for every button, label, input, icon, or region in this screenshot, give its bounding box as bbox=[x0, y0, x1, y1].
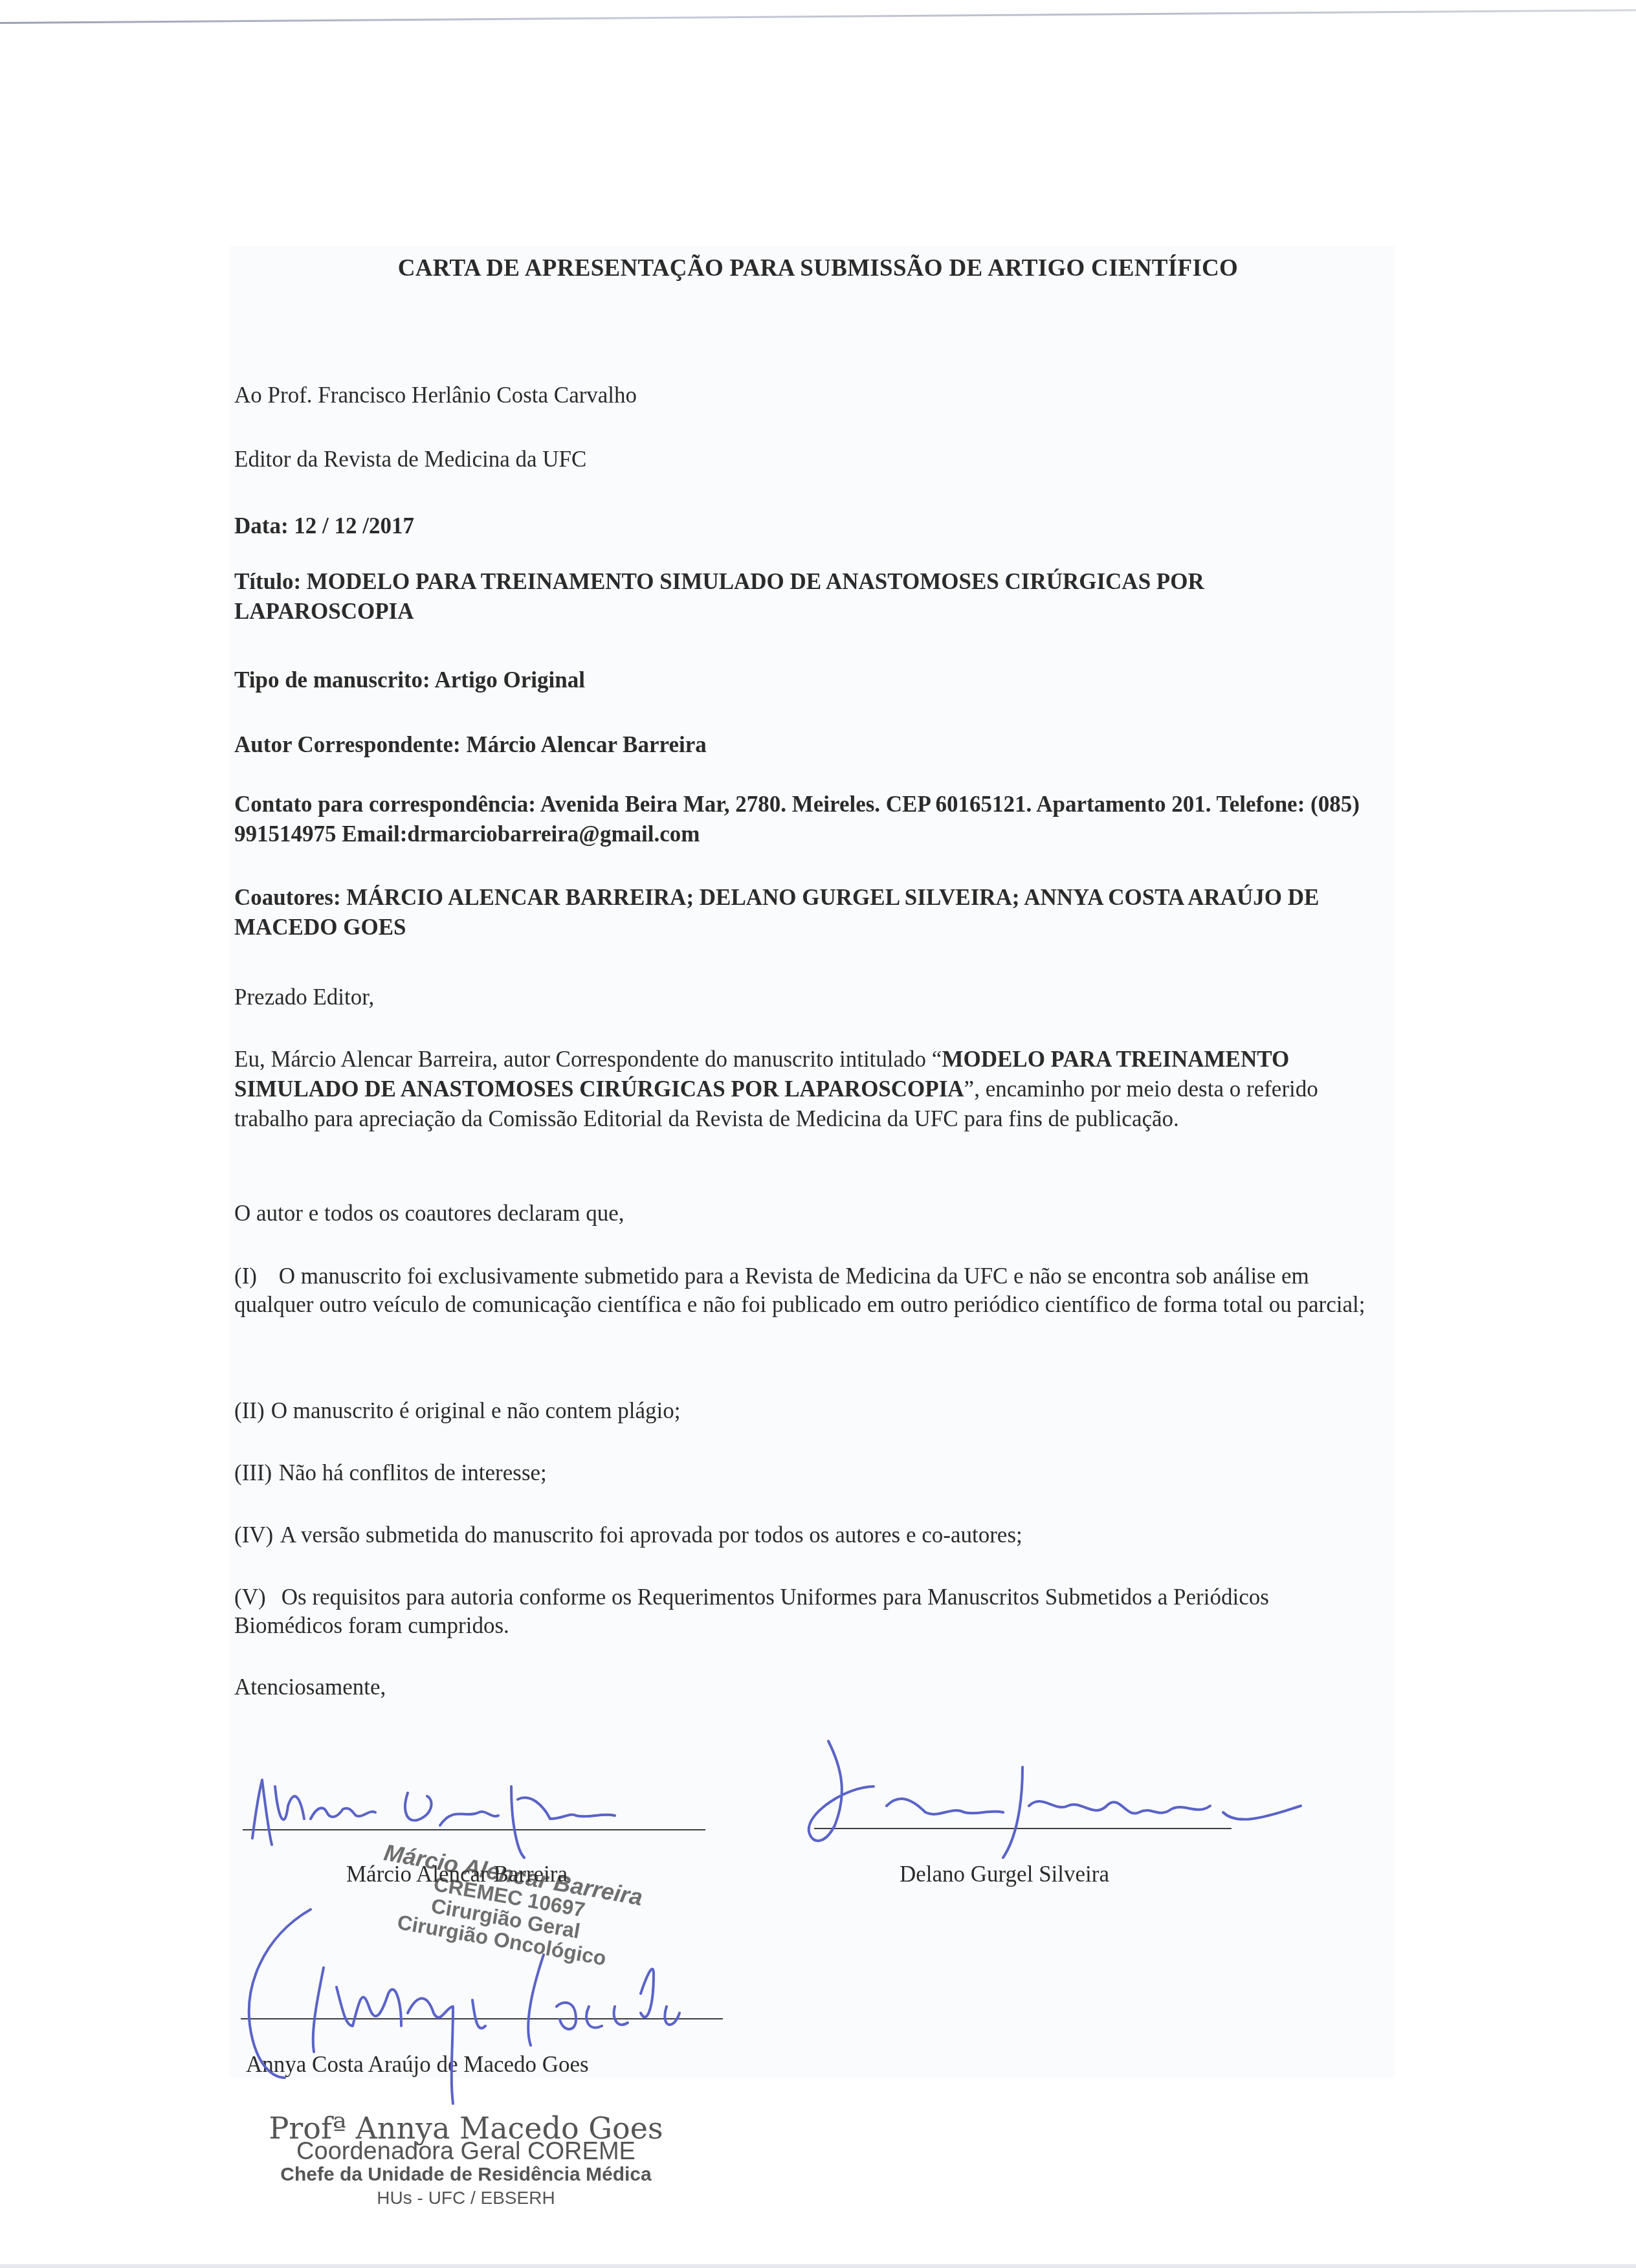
corresponding-author: Autor Correspondente: Márcio Alencar Bar… bbox=[234, 730, 1393, 760]
stamp-line: Coordenadora Geral COREME bbox=[265, 2140, 667, 2163]
manuscript-type: Tipo de manuscrito: Artigo Original bbox=[234, 665, 1393, 695]
declaration-number: (III) bbox=[234, 1459, 273, 1487]
declaration-text: A versão submetida do manuscrito foi apr… bbox=[280, 1522, 1022, 1548]
declaration-number: (V) bbox=[234, 1583, 276, 1612]
title-label: Título: bbox=[234, 569, 301, 594]
declaration-number: (II) bbox=[234, 1397, 265, 1425]
title-value: MODELO PARA TREINAMENTO SIMULADO DE ANAS… bbox=[234, 569, 1204, 624]
stamp-annya: Profª Annya Macedo Goes Coordenadora Ger… bbox=[265, 2117, 667, 2210]
letter-page: CARTA DE APRESENTAÇÃO PARA SUBMISSÃO DE … bbox=[0, 0, 1636, 2268]
coauthors-label: Coautores: bbox=[234, 885, 341, 910]
declaration-number: (I) bbox=[234, 1262, 273, 1291]
author-label: Autor Correspondente: bbox=[234, 732, 461, 757]
declaration-item: (I) O manuscrito foi exclusivamente subm… bbox=[234, 1262, 1373, 1319]
declaration-item: (V) Os requisitos para autoria conforme … bbox=[234, 1583, 1380, 1640]
declaration-text: Não há conflitos de interesse; bbox=[279, 1460, 547, 1485]
declaration-text: Os requisitos para autoria conforme os R… bbox=[234, 1584, 1269, 1638]
stamp-line: Profª Annya Macedo Goes bbox=[265, 2117, 667, 2140]
signature-delano-icon bbox=[809, 1741, 1391, 1871]
body-paragraph: Eu, Márcio Alencar Barreira, autor Corre… bbox=[234, 1045, 1367, 1134]
coauthors: Coautores: MÁRCIO ALENCAR BARREIRA; DELA… bbox=[234, 883, 1393, 942]
recipient-role: Editor da Revista de Medicina da UFC bbox=[234, 445, 1393, 474]
contact-label: Contato para correspondência: bbox=[234, 792, 536, 817]
declaration-text: O manuscrito é original e não contem plá… bbox=[271, 1398, 681, 1423]
declaration-intro: O autor e todos os coautores declaram qu… bbox=[234, 1199, 1393, 1228]
coauthors-value: MÁRCIO ALENCAR BARREIRA; DELANO GURGEL S… bbox=[234, 885, 1319, 940]
declaration-text: O manuscrito foi exclusivamente submetid… bbox=[234, 1263, 1365, 1317]
declaration-item: (II) O manuscrito é original e não conte… bbox=[234, 1397, 1393, 1425]
scan-edge-bottom bbox=[0, 2264, 1636, 2268]
stamp-line: HUs - UFC / EBSERH bbox=[265, 2186, 667, 2210]
date-line: Data: 12 / 12 /2017 bbox=[234, 511, 1393, 541]
recipient: Ao Prof. Francisco Herlânio Costa Carval… bbox=[234, 381, 1393, 410]
contact: Contato para correspondência: Avenida Be… bbox=[234, 790, 1373, 849]
manuscript-title: Título: MODELO PARA TREINAMENTO SIMULADO… bbox=[234, 567, 1347, 627]
declaration-item: (III) Não há conflitos de interesse; bbox=[234, 1459, 1393, 1487]
date-value: 12 / 12 /2017 bbox=[294, 513, 414, 539]
closing: Atenciosamente, bbox=[234, 1673, 1393, 1702]
document-title: CARTA DE APRESENTAÇÃO PARA SUBMISSÃO DE … bbox=[0, 254, 1636, 282]
body-intro: Eu, Márcio Alencar Barreira, autor Corre… bbox=[234, 1047, 942, 1072]
type-value: Artigo Original bbox=[435, 667, 585, 693]
date-label: Data: bbox=[234, 513, 289, 539]
signature-marcio-icon bbox=[239, 1748, 731, 1877]
declaration-number: (IV) bbox=[234, 1521, 276, 1550]
author-value: Márcio Alencar Barreira bbox=[466, 732, 706, 757]
type-label: Tipo de manuscrito: bbox=[234, 667, 430, 693]
declaration-item: (IV) A versão submetida do manuscrito fo… bbox=[234, 1521, 1393, 1550]
signature-annya-icon bbox=[239, 1896, 731, 2104]
stamp-line: Chefe da Unidade de Residência Médica bbox=[265, 2163, 667, 2186]
salutation: Prezado Editor, bbox=[234, 983, 1393, 1012]
